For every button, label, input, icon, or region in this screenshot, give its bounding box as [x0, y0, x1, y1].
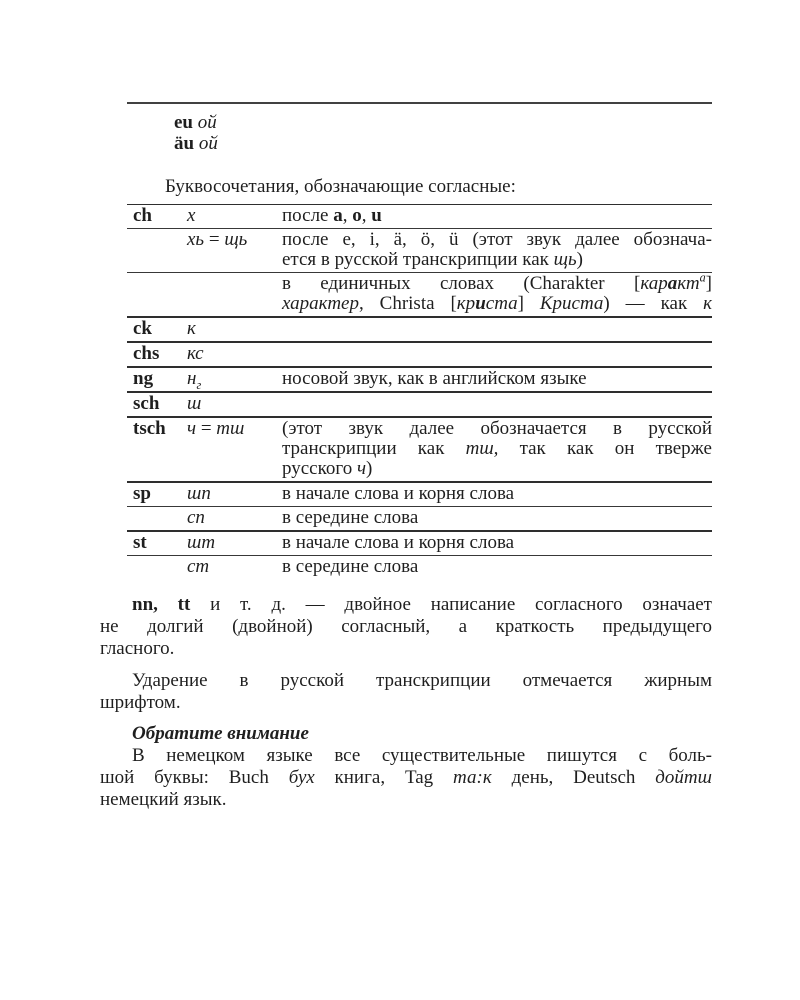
text-segment: гласного.: [100, 638, 174, 659]
text-segment: ой: [199, 133, 218, 154]
text-segment: день, Deutsch: [492, 767, 656, 788]
text-segment: ,: [362, 205, 372, 226]
section-heading: Буквосочетания, обозначающие согласные:: [165, 176, 712, 198]
table-row: ств середине слова: [127, 555, 712, 579]
text-segment: русского: [282, 458, 357, 479]
cell-letter-combination: chs: [127, 344, 187, 364]
text-segment: ш: [187, 393, 201, 414]
text-line: русского ч): [282, 459, 712, 479]
text-segment: ч: [187, 418, 196, 439]
cell-letter-combination: [127, 557, 187, 577]
cell-transcription: ш: [187, 394, 282, 414]
text-line: шой буквы: Buch бух книга, Tag та:к день…: [100, 767, 712, 789]
text-segment: ста: [486, 293, 518, 314]
text-line: ется в русской транскрипции как щь): [282, 250, 712, 270]
text-line: в единичных словах (Charakter [каракта]: [282, 274, 712, 294]
cell-transcription: шп: [187, 484, 282, 504]
text-segment: та:к: [453, 767, 492, 788]
cell-note: [282, 344, 712, 364]
text-segment: шп: [187, 483, 211, 504]
cell-transcription: ст: [187, 557, 282, 577]
text-segment: кт: [677, 273, 699, 294]
text-line: носовой звук, как в английском языке: [282, 369, 712, 389]
cell-note: [282, 319, 712, 339]
cell-note: в середине слова: [282, 508, 712, 528]
text-line: шрифтом.: [100, 692, 712, 714]
table-row: tschч = тш(этот звук далее обозначается …: [127, 416, 712, 481]
text-line: характер, Christa [криста] Криста) — как…: [282, 294, 712, 314]
text-segment: ой: [198, 112, 217, 133]
text-segment: ,: [343, 205, 353, 226]
cell-letter-combination: [127, 508, 187, 528]
text-segment: носовой звук, как в английском языке: [282, 368, 587, 389]
text-segment: бух: [289, 767, 315, 788]
text-line: в начале слова и корня слова: [282, 484, 712, 504]
text-segment: ]: [518, 293, 540, 314]
text-line: Ударение в русской транскрипции отмечает…: [100, 670, 712, 692]
text-segment: a: [333, 205, 343, 226]
letter-combination-row: äu ой: [174, 133, 712, 154]
text-segment: =: [196, 418, 216, 439]
text-segment: Обратите внимание: [132, 723, 309, 744]
table-row: chхпосле a, o, u: [127, 204, 712, 228]
text-line: (этот звук далее обозначается в русской: [282, 419, 712, 439]
cell-transcription: [187, 274, 282, 314]
text-segment: Ударение в русской транскрипции отмечает…: [132, 670, 712, 691]
text-segment: =: [204, 229, 224, 250]
text-line: немецкий язык.: [100, 789, 712, 811]
text-segment: sch: [133, 393, 159, 414]
text-segment: в начале слова и корня слова: [282, 532, 514, 553]
text-segment: chs: [133, 343, 159, 364]
cell-letter-combination: [127, 274, 187, 314]
text-segment: шт: [187, 532, 215, 553]
text-line: не долгий (двойной) согласный, а краткос…: [100, 616, 712, 638]
cell-letter-combination: [127, 230, 187, 270]
text-line: в середине слова: [282, 508, 712, 528]
cell-letter-combination: ch: [127, 206, 187, 226]
cell-note: в середине слова: [282, 557, 712, 577]
text-segment: ): [577, 249, 583, 270]
table-row: хь = щьпосле e, i, ä, ö, ü (этот звук да…: [127, 228, 712, 272]
text-segment: (этот звук далее обозначается в русской: [282, 418, 712, 439]
notes-section: nn, tt и т. д. — двойное написание согла…: [100, 594, 712, 811]
cell-note: (этот звук далее обозначается в русскойт…: [282, 419, 712, 479]
text-segment: х: [187, 205, 195, 226]
text-segment: и т. д. — двойное написание согласного о…: [190, 594, 712, 615]
cell-note: носовой звук, как в английском языке: [282, 369, 712, 389]
vowel-combinations-section: eu ойäu ой: [174, 104, 712, 154]
text-segment: г: [196, 378, 201, 392]
page-container: eu ойäu ой Буквосочетания, обозначающие …: [0, 0, 800, 1000]
text-line: после e, i, ä, ö, ü (этот звук далее обо…: [282, 230, 712, 250]
cell-transcription: ч = тш: [187, 419, 282, 479]
cell-transcription: кс: [187, 344, 282, 364]
letter-combination-row: eu ой: [174, 112, 712, 133]
cell-letter-combination: sp: [127, 484, 187, 504]
text-segment: Криста: [540, 293, 604, 314]
text-segment: в середине слова: [282, 556, 418, 577]
text-segment: ст: [187, 556, 209, 577]
text-segment: щь: [224, 229, 247, 250]
table-row: ckк: [127, 316, 712, 341]
text-segment: tsch: [133, 418, 166, 439]
text-segment: тш,: [466, 438, 499, 459]
text-line: Обратите внимание: [100, 723, 712, 745]
text-segment: ч: [357, 458, 366, 479]
text-segment: книга, Tag: [315, 767, 453, 788]
cell-transcription: к: [187, 319, 282, 339]
text-segment: к: [703, 293, 712, 314]
text-segment: шрифтом.: [100, 692, 181, 713]
text-segment: äu: [174, 133, 194, 154]
text-segment: кр: [457, 293, 475, 314]
cell-transcription: сп: [187, 508, 282, 528]
text-line: транскрипции как тш, так как он тверже: [282, 439, 712, 459]
cell-transcription: хь = щь: [187, 230, 282, 270]
text-line: nn, tt и т. д. — двойное написание согла…: [100, 594, 712, 616]
text-segment: u: [371, 205, 382, 226]
table-row: schш: [127, 391, 712, 416]
cell-letter-combination: sch: [127, 394, 187, 414]
text-line: после a, o, u: [282, 206, 712, 226]
text-segment: ch: [133, 205, 152, 226]
text-segment: ется в русской транскрипции как: [282, 249, 554, 270]
cell-note: [282, 394, 712, 414]
text-line: В немецком языке все существительные пиш…: [100, 745, 712, 767]
text-segment: В немецком языке все существительные пиш…: [132, 745, 712, 766]
text-segment: после e, i, ä, ö, ü (этот звук далее обо…: [282, 229, 712, 250]
text-segment: сп: [187, 507, 205, 528]
table-row: stштв начале слова и корня слова: [127, 530, 712, 555]
text-segment: ]: [706, 273, 712, 294]
text-segment: в единичных словах (Charakter [: [282, 273, 640, 294]
text-segment: кар: [640, 273, 667, 294]
cell-transcription: шт: [187, 533, 282, 553]
table-row: spшпв начале слова и корня слова: [127, 481, 712, 506]
text-segment: ck: [133, 318, 152, 339]
cell-note: после a, o, u: [282, 206, 712, 226]
text-segment: не долгий (двойной) согласный, а краткос…: [100, 616, 712, 637]
cell-letter-combination: tsch: [127, 419, 187, 479]
text-segment: тш: [216, 418, 244, 439]
table-row: в единичных словах (Charakter [каракта]х…: [127, 272, 712, 316]
text-line: в начале слова и корня слова: [282, 533, 712, 553]
text-segment: eu: [174, 112, 193, 133]
text-segment: щь: [554, 249, 577, 270]
table-row: спв середине слова: [127, 506, 712, 530]
cell-letter-combination: ck: [127, 319, 187, 339]
text-segment: sp: [133, 483, 151, 504]
text-segment: nn, tt: [132, 594, 190, 615]
text-line: в середине слова: [282, 557, 712, 577]
double-consonants-paragraph: nn, tt и т. д. — двойное написание согла…: [100, 594, 712, 660]
text-segment: дойтш: [655, 767, 712, 788]
text-segment: после: [282, 205, 333, 226]
text-segment: хь: [187, 229, 204, 250]
text-segment: st: [133, 532, 147, 553]
text-segment: o: [352, 205, 362, 226]
text-segment: в середине слова: [282, 507, 418, 528]
cell-note: после e, i, ä, ö, ü (этот звук далее обо…: [282, 230, 712, 270]
text-segment: и: [475, 293, 486, 314]
attention-heading: Обратите внимание: [100, 723, 712, 745]
consonant-combinations-table: chхпосле a, o, uхь = щьпосле e, i, ä, ö,…: [127, 204, 712, 579]
text-segment: ng: [133, 368, 153, 389]
stress-note-paragraph: Ударение в русской транскрипции отмечает…: [100, 670, 712, 714]
cell-letter-combination: ng: [127, 369, 187, 389]
capitalization-paragraph: В немецком языке все существительные пиш…: [100, 745, 712, 811]
cell-note: в начале слова и корня слова: [282, 484, 712, 504]
text-segment: к: [187, 318, 196, 339]
text-segment: характер: [282, 293, 359, 314]
text-segment: так как он тверже: [498, 438, 712, 459]
text-segment: , Christa [: [359, 293, 457, 314]
cell-letter-combination: st: [127, 533, 187, 553]
table-row: chsкс: [127, 341, 712, 366]
text-segment: шой буквы: Buch: [100, 767, 289, 788]
text-segment: в начале слова и корня слова: [282, 483, 514, 504]
text-segment: ) — как: [603, 293, 703, 314]
table-row: ngнгносовой звук, как в английском языке: [127, 366, 712, 391]
text-segment: транскрипции как: [282, 438, 466, 459]
cell-transcription: х: [187, 206, 282, 226]
text-segment: кс: [187, 343, 204, 364]
cell-note: в единичных словах (Charakter [каракта]х…: [282, 274, 712, 314]
cell-transcription: нг: [187, 369, 282, 389]
text-segment: а: [668, 273, 678, 294]
text-line: гласного.: [100, 638, 712, 660]
cell-note: в начале слова и корня слова: [282, 533, 712, 553]
text-segment: ): [366, 458, 372, 479]
text-segment: немецкий язык.: [100, 789, 227, 810]
